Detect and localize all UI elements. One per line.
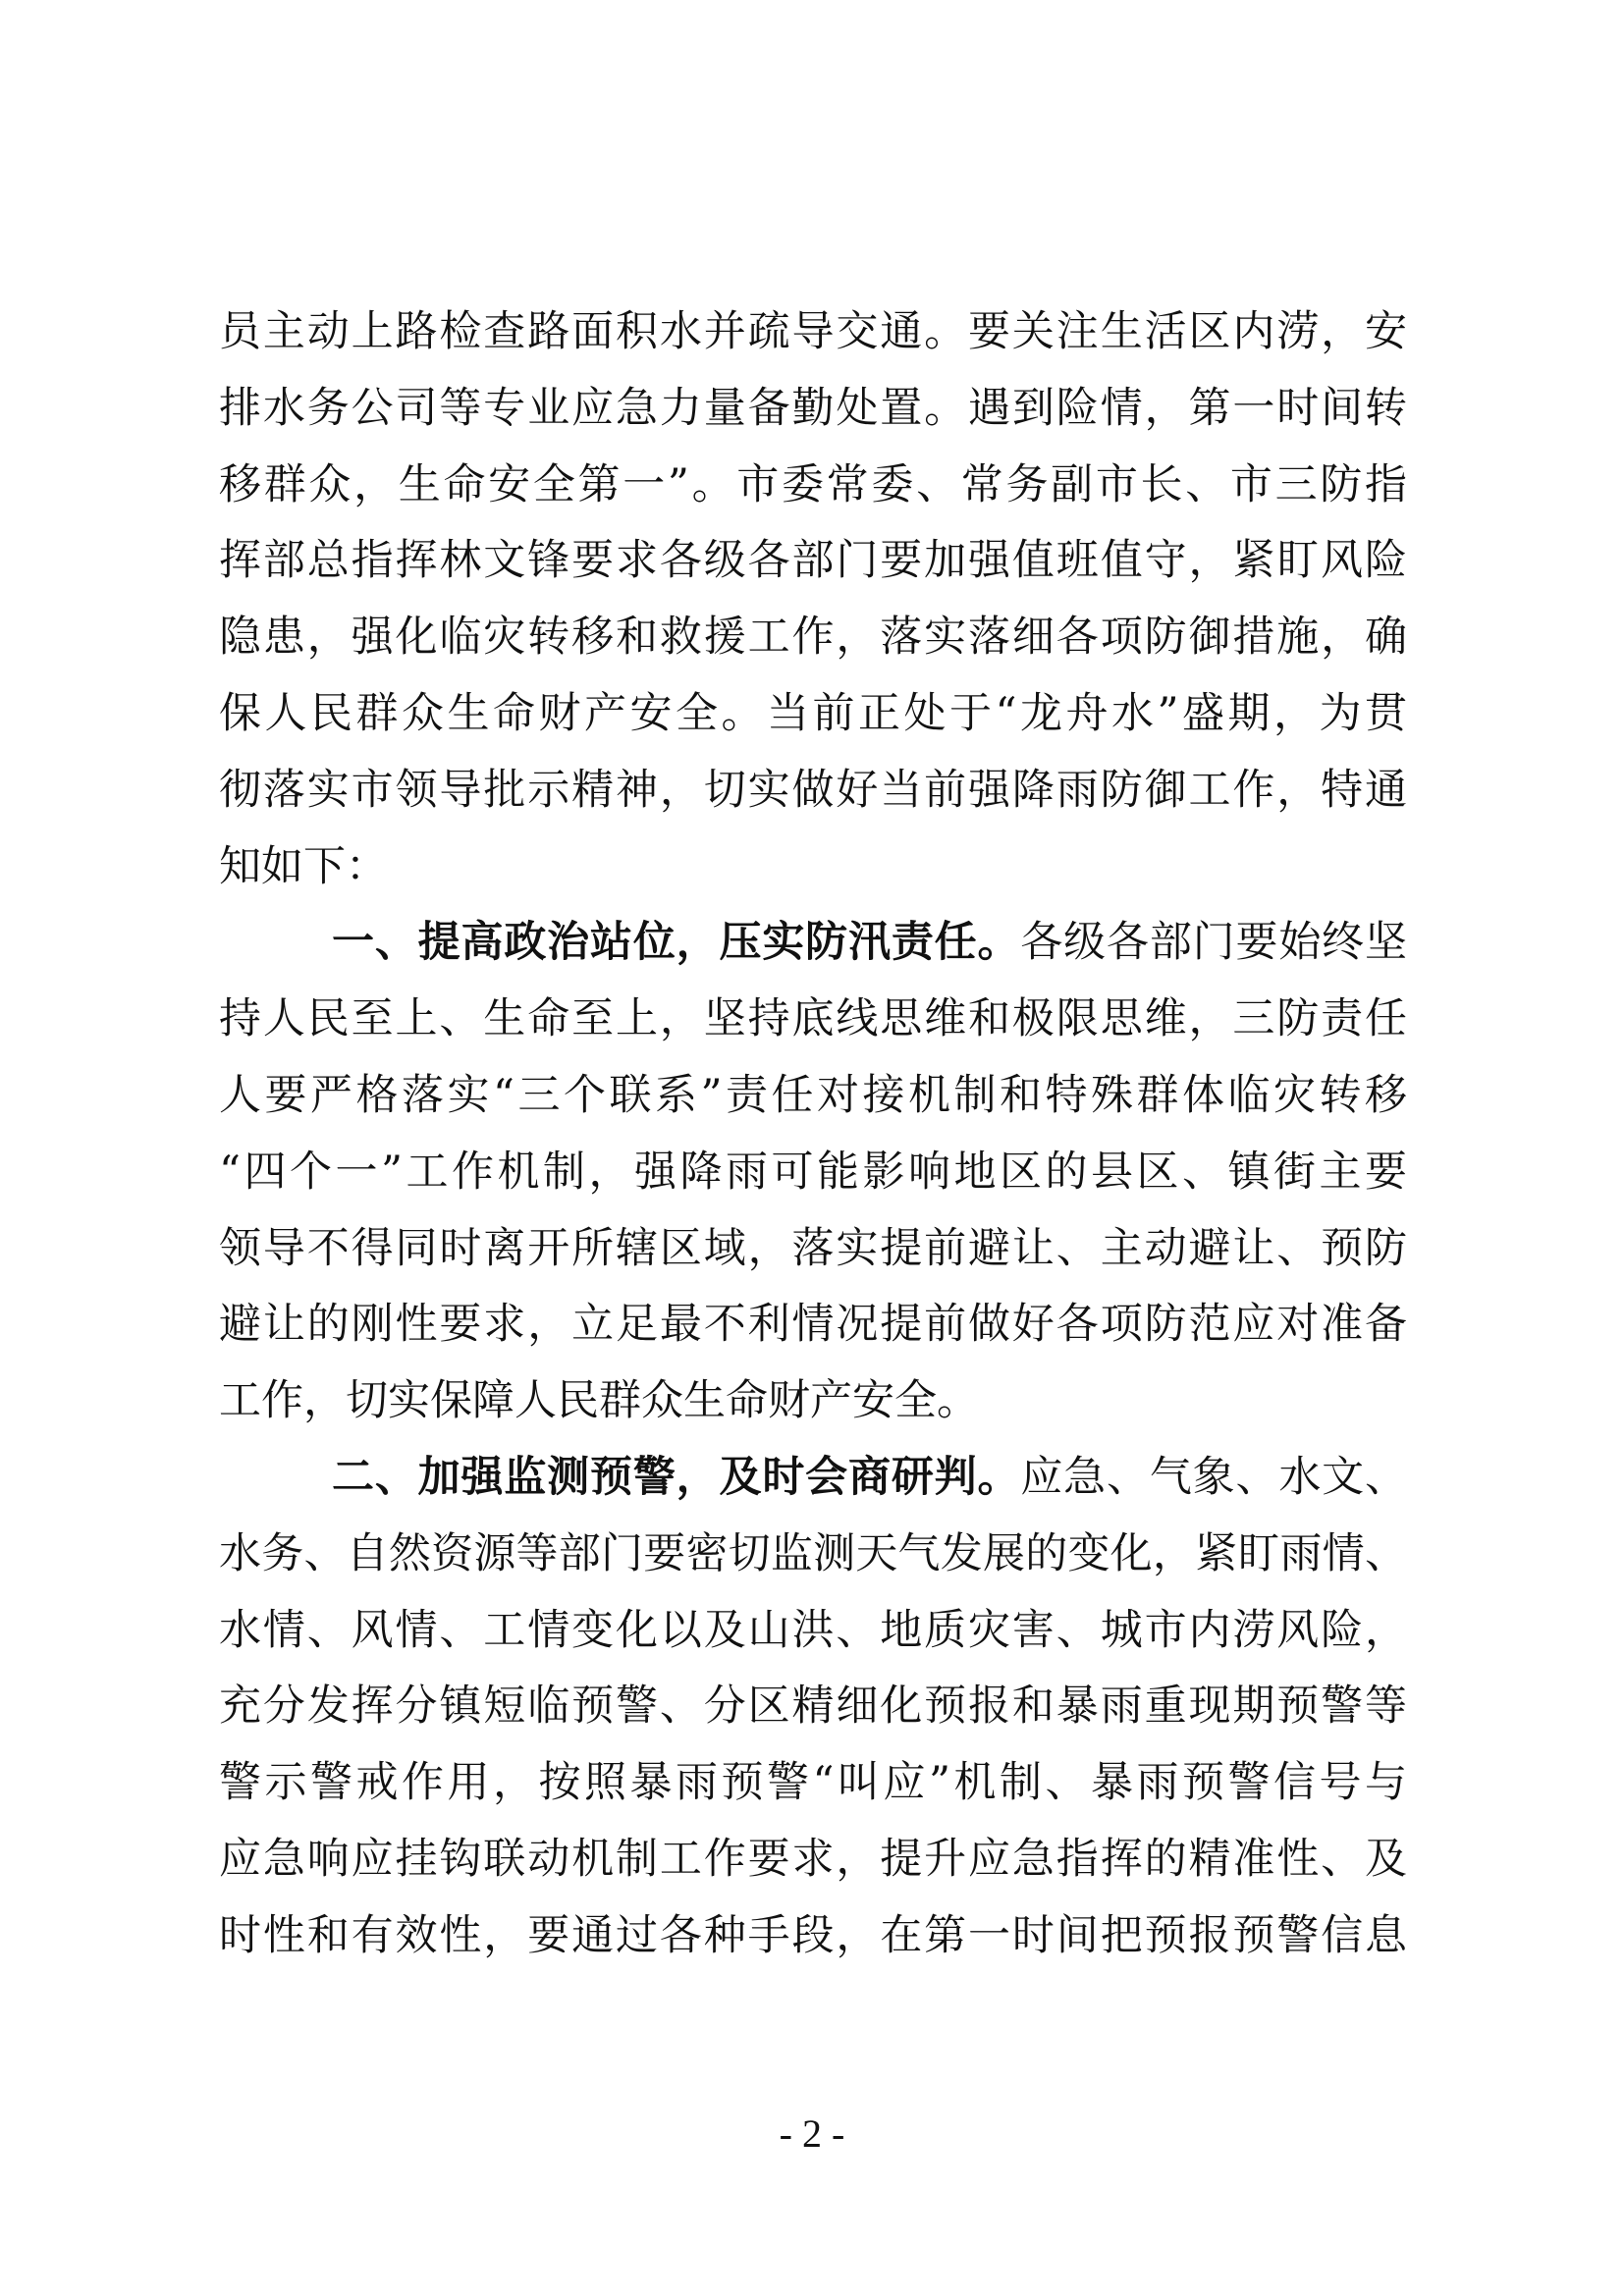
text-line: 避让的刚性要求，立足最不利情况提前做好各项防范应对准备 — [219, 1290, 1407, 1366]
text-line: 隐患，强化临灾转移和救援工作，落实落细各项防御措施，确 — [219, 603, 1407, 679]
text-line: 挥部总指挥林文锋要求各级各部门要加强值班值守，紧盯风险 — [219, 526, 1407, 603]
text-line: 员主动上路检查路面积水并疏导交通。要关注生活区内涝，安 — [219, 297, 1407, 374]
text-line: 警示警戒作用，按照暴雨预警“叫应”机制、暴雨预警信号与 — [219, 1748, 1407, 1825]
section-1-lead-text: 各级各部门要始终坚 — [1020, 918, 1407, 967]
text-line: 排水务公司等专业应急力量备勤处置。遇到险情，第一时间转 — [219, 374, 1407, 451]
text-line: “四个一”工作机制，强降雨可能影响地区的县区、镇街主要 — [219, 1138, 1407, 1214]
text-line: 水情、风情、工情变化以及山洪、地质灾害、城市内涝风险， — [219, 1596, 1407, 1673]
page-number: - 2 - — [0, 2110, 1624, 2157]
section-2-lead-text: 应急、气象、水文、 — [1020, 1453, 1407, 1502]
text-line: 人要严格落实“三个联系”责任对接机制和特殊群体临灾转移 — [219, 1061, 1407, 1138]
text-line: 水务、自然资源等部门要密切监测天气发展的变化，紧盯雨情、 — [219, 1520, 1407, 1596]
section-2-first-line: 二、加强监测预警，及时会商研判。应急、气象、水文、 — [219, 1443, 1407, 1520]
section-heading-2: 二、加强监测预警，及时会商研判。 — [332, 1453, 1020, 1502]
text-line: 领导不得同时离开所辖区域，落实提前避让、主动避让、预防 — [219, 1214, 1407, 1291]
text-line: 移群众，生命安全第一”。市委常委、常务副市长、市三防指 — [219, 451, 1407, 527]
section-heading-1: 一、提高政治站位，压实防汛责任。 — [332, 918, 1020, 967]
text-line: 持人民至上、生命至上，坚持底线思维和极限思维，三防责任 — [219, 985, 1407, 1061]
text-line: 充分发挥分镇短临预警、分区精细化预报和暴雨重现期预警等 — [219, 1672, 1407, 1748]
text-line: 应急响应挂钩联动机制工作要求，提升应急指挥的精准性、及 — [219, 1825, 1407, 1901]
body-text: 员主动上路检查路面积水并疏导交通。要关注生活区内涝，安 排水务公司等专业应急力量… — [219, 297, 1407, 1978]
text-line: 知如下： — [219, 832, 1407, 909]
text-line: 工作，切实保障人民群众生命财产安全。 — [219, 1366, 1407, 1443]
text-line: 彻落实市领导批示精神，切实做好当前强降雨防御工作，特通 — [219, 756, 1407, 832]
text-line: 时性和有效性，要通过各种手段，在第一时间把预报预警信息 — [219, 1901, 1407, 1978]
document-page: 员主动上路检查路面积水并疏导交通。要关注生活区内涝，安 排水务公司等专业应急力量… — [0, 0, 1624, 2296]
section-1-first-line: 一、提高政治站位，压实防汛责任。各级各部门要始终坚 — [219, 908, 1407, 985]
text-line: 保人民群众生命财产安全。当前正处于“龙舟水”盛期，为贯 — [219, 679, 1407, 756]
